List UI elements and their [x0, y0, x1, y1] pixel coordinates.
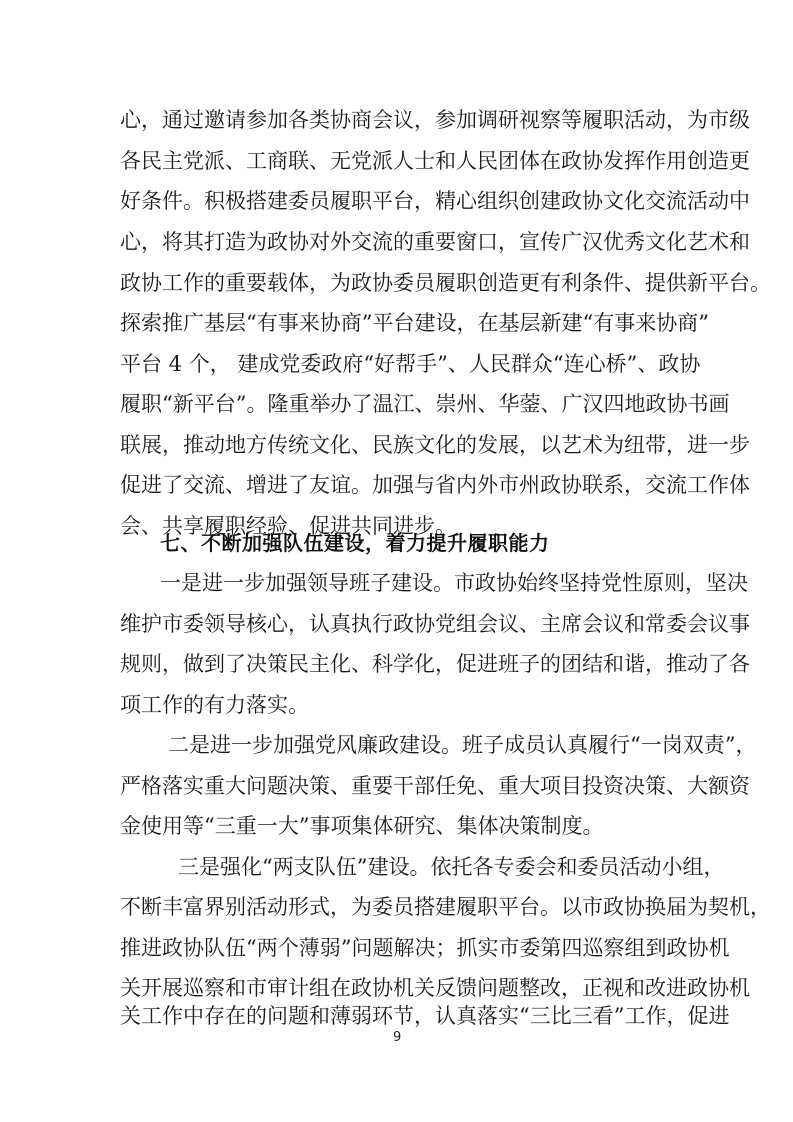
section-heading: 七、不断加强队伍建设，着力提升履职能力 [160, 530, 550, 556]
text-line: 各民主党派、工商联、无党派人士和人民团体在政协发挥作用创造更 [120, 148, 673, 174]
text-line: 促进了交流、增进了友谊。加强与省内外市州政协联系，交流工作体 [120, 472, 673, 498]
text-line: 心，通过邀请参加各类协商会议，参加调研视察等履职活动，为市级 [120, 107, 673, 133]
text-line: 规则，做到了决策民主化、科学化，促进班子的团结和谐，推动了各 [120, 651, 673, 677]
text-line: 三是强化“两支队伍”建设。依托各专委会和委员活动小组， [178, 854, 673, 880]
text-line: 项工作的有力落实。 [120, 692, 673, 718]
text-line: 金使用等“三重一大”事项集体研究、集体决策制度。 [120, 813, 673, 839]
text-line: 探索推广基层“有事来协商”平台建设，在基层新建“有事来协商” [120, 310, 673, 336]
text-line: 一是进一步加强领导班子建设。市政协始终坚持党性原则，坚决 [160, 570, 673, 596]
text-line: 政协工作的重要载体，为政协委员履职创造更有利条件、提供新平台。 [120, 270, 673, 296]
text-line: 不断丰富界别活动形式，为委员搭建履职平台。以市政协换届为契机， [120, 894, 673, 920]
page-number: 9 [393, 1030, 401, 1045]
text-line: 二是进一步加强党风廉政建设。班子成员认真履行“一岗双责”， [168, 732, 673, 758]
text-line: 严格落实重大问题决策、重要干部任免、重大项目投资决策、大额资 [120, 773, 673, 799]
text-line: 关开展巡察和市审计组在政协机关反馈问题整改，正视和改进政协机 [120, 975, 673, 1001]
text-line: 履职“新平台”。隆重举办了温江、崇州、华蓥、广汉四地政协书画 [120, 391, 673, 417]
text-line: 平台 4 个， 建成党委政府“好帮手”、人民群众“连心桥”、政协 [120, 351, 673, 377]
text-line: 好条件。积极搭建委员履职平台，精心组织创建政协文化交流活动中 [120, 188, 673, 214]
text-line: 联展，推动地方传统文化、民族文化的发展，以艺术为纽带，进一步 [120, 432, 673, 458]
text-line: 心，将其打造为政协对外交流的重要窗口，宣传广汉优秀文化艺术和 [120, 229, 673, 255]
text-line: 推进政协队伍“两个薄弱”问题解决；抓实市委第四巡察组到政协机 [120, 935, 673, 961]
text-line: 关工作中存在的问题和薄弱环节，认真落实“三比三看”工作，促进 [120, 1003, 673, 1029]
document-page: 心，通过邀请参加各类协商会议，参加调研视察等履职活动，为市级 各民主党派、工商联… [0, 0, 793, 1122]
text-line: 维护市委领导核心，认真执行政协党组会议、主席会议和常委会议事 [120, 611, 673, 637]
